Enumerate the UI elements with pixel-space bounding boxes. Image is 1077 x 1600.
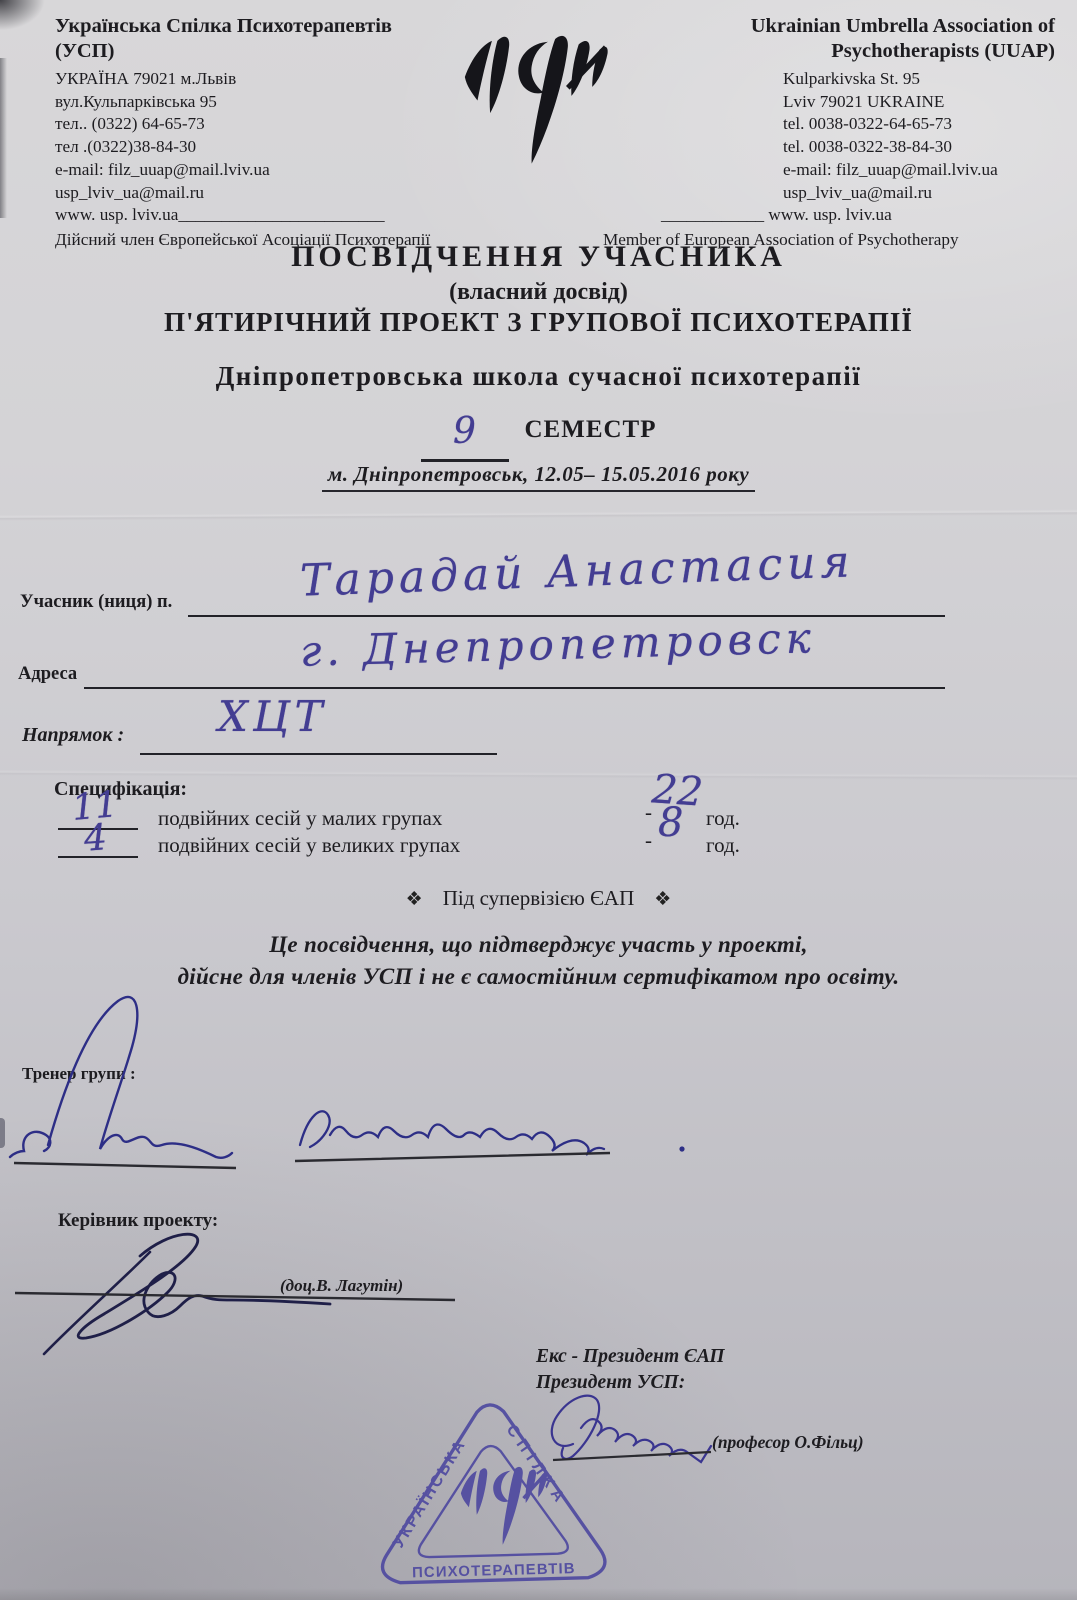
org-name-uk: Українська Спілка Психотерапевтів (УСП) [55, 14, 455, 64]
spec-blank-line [58, 828, 138, 858]
address-line: tel. 0038-0322-64-65-73 [783, 113, 1055, 136]
email-line: usp_lviv_ua@mail.ru [783, 182, 1055, 205]
place-date-text: м. Дніпропетровськ, 12.05– 15.05.2016 ро… [322, 462, 755, 492]
org-address-en: Kulparkivska St. 95 Lviv 79021 UKRAINE t… [783, 68, 1055, 227]
spec-row-text: подвійних сесій у великих групах [158, 833, 460, 858]
website-line: www. usp. lviv.ua_______________________… [55, 204, 455, 227]
address-line: tel. 0038-0322-38-84-30 [783, 136, 1055, 159]
certificate-title: ПОСВІДЧЕННЯ УЧАСНИКА [0, 240, 1077, 274]
supervision-line: ❖Під супервізією ЄАП❖ [0, 886, 1077, 911]
certificate-page: Українська Спілка Психотерапевтів (УСП) … [0, 0, 1077, 1600]
semester-line: 9СЕМЕСТР [0, 412, 1077, 462]
diamond-icon: ❖ [406, 889, 423, 910]
school-title: Дніпропетровська школа сучасної психотер… [0, 361, 1077, 392]
diamond-icon: ❖ [654, 889, 671, 910]
trainer-signature [0, 985, 720, 1185]
spec-unit: год. [706, 806, 740, 831]
address-line: Kulparkivska St. 95 [783, 68, 1055, 91]
semester-value-handwritten: 9 [453, 411, 476, 452]
semester-label: СЕМЕСТР [525, 416, 657, 443]
email-line: e-mail: filz_uuap@mail.lviv.ua [55, 159, 455, 182]
email-line: e-mail: filz_uuap@mail.lviv.ua [783, 159, 1055, 182]
note-line-1: Це посвідчення, що підтверджує участь у … [0, 932, 1077, 958]
stamp-text-left: УКРАЇНСЬКА [389, 1435, 469, 1551]
place-date-line: м. Дніпропетровськ, 12.05– 15.05.2016 ро… [0, 462, 1077, 492]
semester-blank-line: 9 [421, 412, 509, 462]
spec-hours-handwritten: 8 [658, 800, 683, 846]
paper-crease [0, 509, 1077, 521]
president-title-1: Екс - Президент ЄАП [536, 1346, 725, 1368]
project-title: П'ЯТИРІЧНИЙ ПРОЕКТ З ГРУПОВОЇ ПСИХОТЕРАП… [0, 307, 1077, 338]
leader-name: (доц.В. Лагутін) [280, 1276, 403, 1296]
letterhead-english: Ukrainian Umbrella Association of Psycho… [617, 14, 1055, 250]
org-address-uk: УКРАЇНА 79021 м.Львів вул.Кульпарківська… [55, 68, 455, 227]
president-name: (професор О.Фільц) [712, 1432, 864, 1453]
spec-row-text: подвійних сесій у малих групах [158, 806, 442, 831]
website-line: ____________ www. usp. lviv.ua [661, 204, 1055, 227]
leader-signature [0, 1222, 520, 1372]
direction-handwritten: ХЦТ [218, 692, 328, 741]
spec-unit: год. [706, 833, 740, 858]
usp-monogram-icon [452, 30, 624, 170]
address-line: тел .(0322)38-84-30 [55, 136, 455, 159]
direction-label: Напрямок : [22, 724, 124, 747]
address-line: УКРАЇНА 79021 м.Львів [55, 68, 455, 91]
org-name-en: Ukrainian Umbrella Association of Psycho… [617, 14, 1055, 64]
letterhead-ukrainian: Українська Спілка Психотерапевтів (УСП) … [55, 14, 455, 250]
spec-dash: - [645, 828, 652, 853]
usp-stamp-seal: УКРАЇНСЬКА СПІЛКА ПСИХОТЕРАПЕВТІВ [365, 1393, 618, 1600]
address-line: Lviv 79021 UKRAINE [783, 91, 1055, 114]
scan-edge-shadow [0, 58, 7, 218]
email-line: usp_lviv_ua@mail.ru [55, 182, 455, 205]
address-label: Адреса [18, 664, 77, 685]
certificate-subtitle: (власний досвід) [0, 279, 1077, 306]
address-line: тел.. (0322) 64-65-73 [55, 113, 455, 136]
participant-label: Учасник (ниця) п. [20, 592, 172, 613]
supervision-text: Під супервізією ЄАП [443, 886, 635, 910]
address-line: вул.Кульпарківська 95 [55, 91, 455, 114]
scan-corner-shadow [0, 0, 56, 36]
